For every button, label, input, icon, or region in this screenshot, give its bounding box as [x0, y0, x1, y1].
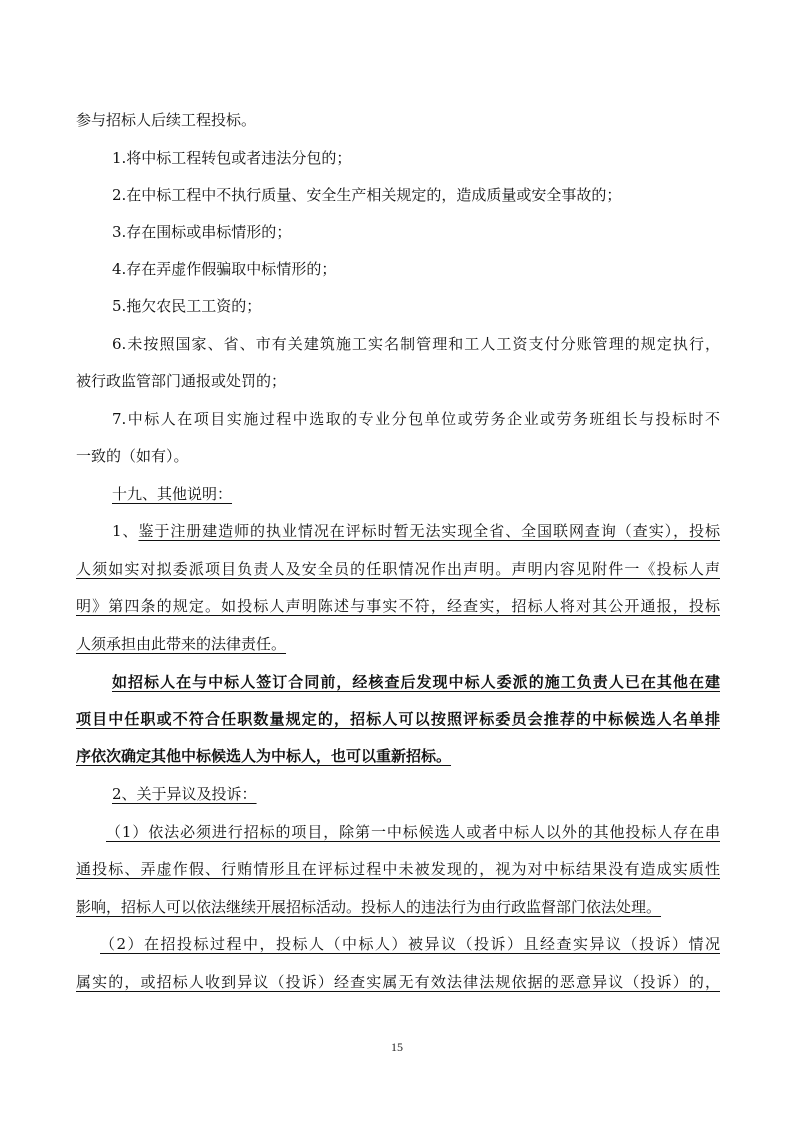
paragraph-line: 参与招标人后续工程投标。	[76, 110, 256, 130]
note-1-line-3: 明》第四条的规定。如投标人声明陈述与事实不符，经查实，招标人将对其公开通报，投标	[76, 596, 720, 616]
objection-1-line-3: 影响，招标人可以依法继续开展招标活动。投标人的违法行为由行政监督部门依法处理。	[76, 897, 661, 917]
note-1-line-2: 人须如实对拟委派项目负责人及安全员的任职情况作出声明。声明内容见附件一《投标人声	[76, 559, 720, 579]
objection-2-line-2: 属实的，或招标人收到异议（投诉）经查实属无有效法律法规依据的恶意异议（投诉）的，	[76, 972, 720, 992]
objections-heading-text: 2、关于异议及投诉：	[112, 785, 257, 803]
note-1-line-4: 人须承担由此带来的法律责任。	[76, 634, 286, 654]
list-item-7: 7.中标人在项目实施过程中选取的专业分包单位或劳务企业或劳务班组长与投标时不	[112, 409, 720, 429]
objection-1-line-1: （1）依法必须进行招标的项目，除第一中标候选人或者中标人以外的其他投标人存在串	[106, 822, 720, 842]
list-item-6-continued: 被行政监管部门通报或处罚的；	[76, 371, 286, 391]
list-item-6: 6.未按照国家、省、市有关建筑施工实名制管理和工人工资支付分账管理的规定执行，	[112, 334, 720, 354]
list-item-1: 1.将中标工程转包或者违法分包的；	[112, 148, 351, 168]
note-1-text: 鉴于注册建造师的执业情况在评标时暂无法实现全省、全国联网查询（查实），投标	[138, 522, 720, 540]
bold-clause-line-1: 如招标人在与中标人签订合同前，经核查后发现中标人委派的施工负责人已在其他在建	[112, 672, 720, 692]
section-heading-objections: 2、关于异议及投诉：	[112, 784, 257, 804]
list-item-4: 4.存在弄虚作假骗取中标情形的；	[112, 259, 336, 279]
objection-1-line-2: 通投标、弄虚作假、行贿情形且在评标过程中未被发现的，视为对中标结果没有造成实质性	[76, 859, 720, 879]
list-item-7-continued: 一致的（如有）。	[76, 446, 189, 466]
document-page: 参与招标人后续工程投标。 1.将中标工程转包或者违法分包的； 2.在中标工程中不…	[76, 0, 720, 1123]
section-heading-text: 十九、其他说明：	[112, 485, 232, 503]
bold-clause-line-2: 项目中任职或不符合任职数量规定的，招标人可以按照评标委员会推荐的中标候选人名单排	[76, 709, 720, 729]
note-1-line-1: 1、鉴于注册建造师的执业情况在评标时暂无法实现全省、全国联网查询（查实），投标	[112, 521, 720, 541]
list-item-2: 2.在中标工程中不执行质量、安全生产相关规定的，造成质量或安全事故的；	[112, 185, 621, 205]
bold-clause-line-3: 序依次确定其他中标候选人为中标人，也可以重新招标。	[76, 746, 451, 766]
page-number: 15	[0, 1040, 794, 1055]
section-heading-19: 十九、其他说明：	[112, 484, 232, 504]
list-item-5: 5.拖欠农民工工资的；	[112, 296, 261, 316]
objection-2-line-1: （2）在招投标过程中，投标人（中标人）被异议（投诉）且经查实异议（投诉）情况	[100, 934, 720, 954]
note-1-number: 1、	[112, 522, 138, 540]
list-item-3: 3.存在围标或串标情形的；	[112, 222, 291, 242]
